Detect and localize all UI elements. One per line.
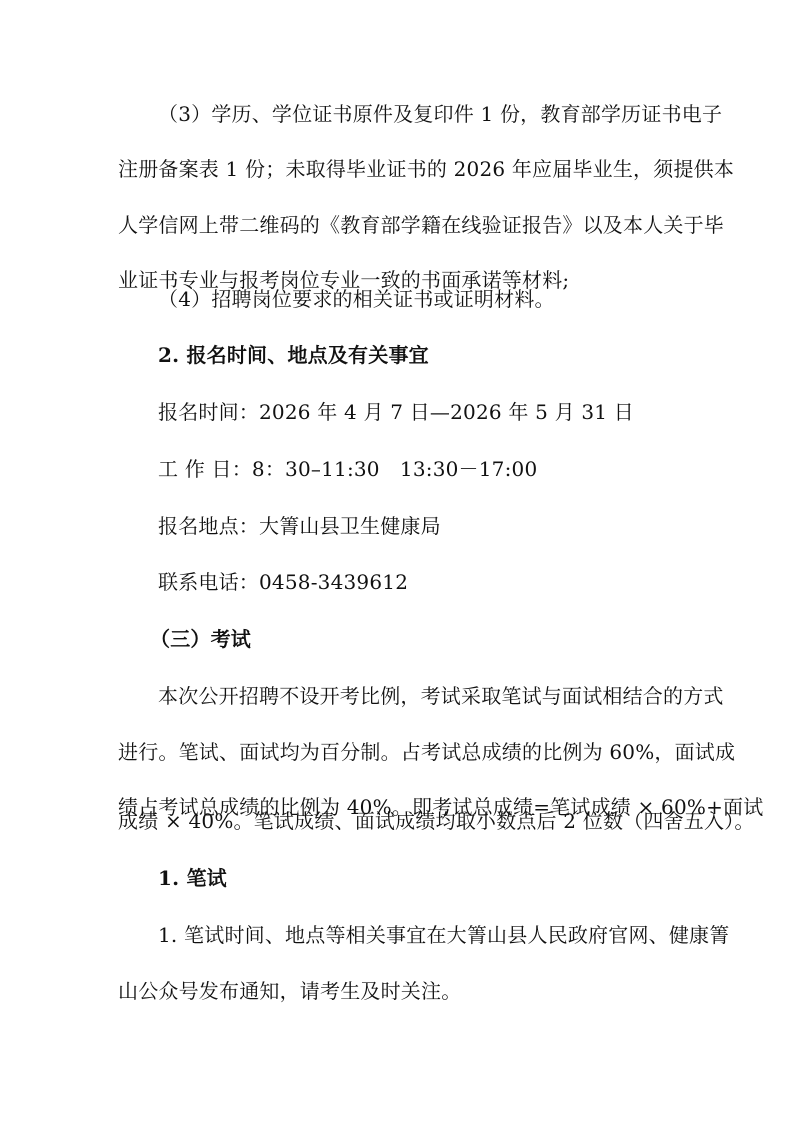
section3-line-2: 进行。笔试、面试均为百分制。占考试总成绩的比例为 60%，面试成 — [118, 738, 683, 766]
contact-phone: 联系电话：0458-3439612 — [158, 568, 683, 596]
section3-line-1: 本次公开招聘不设开考比例，考试采取笔试与面试相结合的方式 — [158, 682, 683, 710]
registration-location: 报名地点：大箐山县卫生健康局 — [158, 512, 683, 540]
section3-heading: （三）考试 — [150, 625, 715, 653]
written-exam-heading: 1. 笔试 — [158, 864, 683, 892]
document-page: （3）学历、学位证书原件及复印件 1 份，教育部学历证书电子 注册备案表 1 份… — [0, 0, 793, 1122]
item3-line-3: 人学信网上带二维码的《教育部学籍在线验证报告》以及本人关于毕 — [118, 211, 683, 239]
item3-line-2: 注册备案表 1 份；未取得毕业证书的 2026 年应届毕业生，须提供本 — [118, 155, 683, 183]
item4-text: （4）招聘岗位要求的相关证书或证明材料。 — [158, 285, 683, 313]
section3-line-4: 成绩 × 40%。笔试成绩、面试成绩均取小数点后 2 位数（四舍五入）。 — [118, 807, 683, 835]
written-exam-line-2: 山公众号发布通知，请考生及时关注。 — [118, 977, 683, 1005]
written-exam-line-1: 1. 笔试时间、地点等相关事宜在大箐山县人民政府官网、健康箐 — [158, 921, 683, 949]
registration-time: 报名时间：2026 年 4 月 7 日—2026 年 5 月 31 日 — [158, 398, 683, 426]
item3-line-1: （3）学历、学位证书原件及复印件 1 份，教育部学历证书电子 — [158, 100, 683, 128]
section2-heading: 2. 报名时间、地点及有关事宜 — [158, 341, 683, 369]
work-hours: 工 作 日：8：30–11:30 13:30－17:00 — [158, 455, 683, 483]
